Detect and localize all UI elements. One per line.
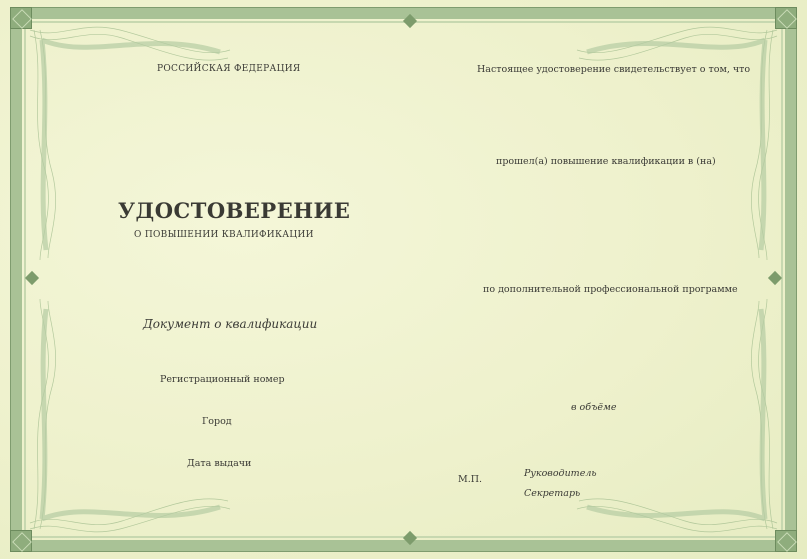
corner-rosette-icon <box>10 7 32 29</box>
completed-training-text: прошел(а) повышение квалификации в (на) <box>496 156 716 167</box>
statement-text: Настоящее удостоверение свидетельствует … <box>477 64 750 75</box>
document-subtitle: О ПОВЫШЕНИИ КВАЛИФИКАЦИИ <box>134 230 314 240</box>
document-title: УДОСТОВЕРЕНИЕ <box>118 198 350 223</box>
secretary-signature-label: Секретарь <box>524 488 580 499</box>
country-label: РОССИЙСКАЯ ФЕДЕРАЦИЯ <box>157 64 300 74</box>
issue-date-label: Дата выдачи <box>187 458 251 469</box>
registration-number-label: Регистрационный номер <box>160 374 285 385</box>
corner-rosette-icon <box>775 7 797 29</box>
volume-label: в объёме <box>571 402 617 413</box>
document-type-label: Документ о квалификации <box>143 317 317 331</box>
program-text: по дополнительной профессиональной прогр… <box>483 284 738 295</box>
head-signature-label: Руководитель <box>524 468 597 479</box>
corner-rosette-icon <box>10 530 32 552</box>
inner-border-line <box>24 21 783 538</box>
city-label: Город <box>202 416 232 427</box>
seal-label: М.П. <box>458 474 482 485</box>
corner-rosette-icon <box>775 530 797 552</box>
